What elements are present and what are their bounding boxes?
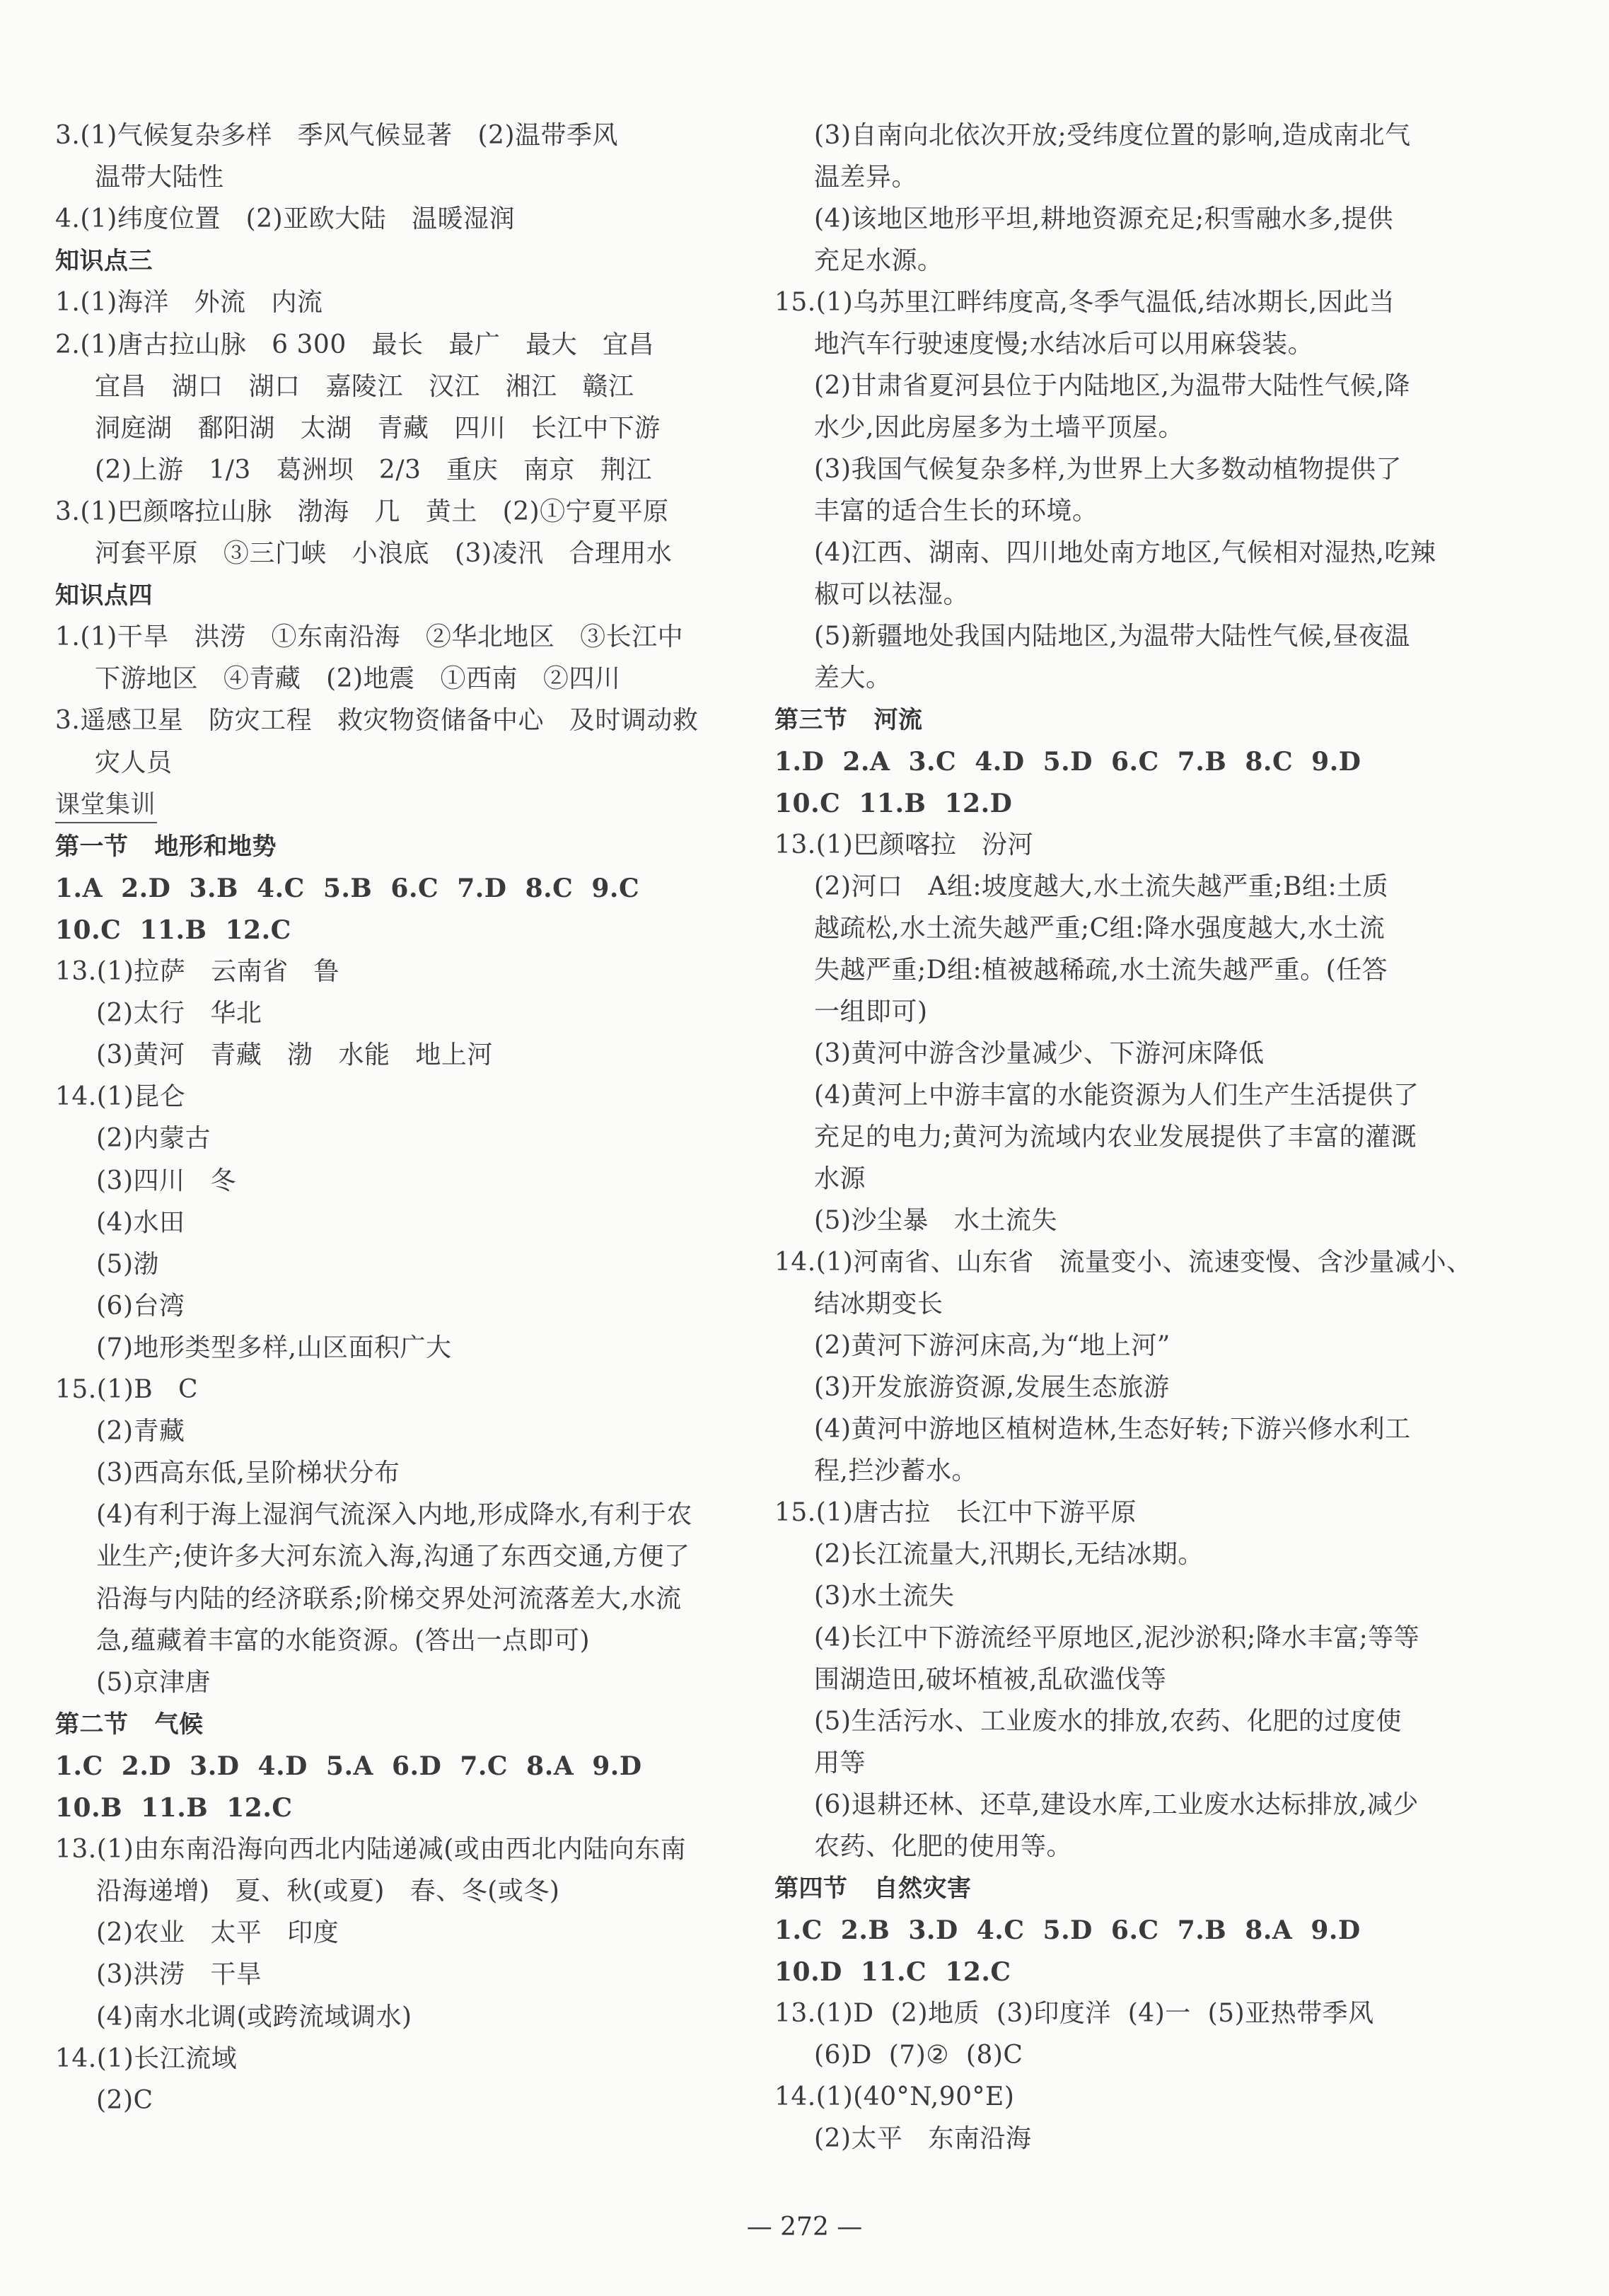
answer-line: 宜昌 湖口 湖口 嘉陵江 汉江 湘江 赣江: [95, 371, 634, 402]
answer-line: (6)退耕还林、还草,建设水库,工业废水达标排放,减少: [814, 1790, 1419, 1821]
answer-line: (3)洪涝 干旱: [96, 1959, 262, 1990]
section-heading: 第一节 地形和地势: [55, 831, 277, 862]
answer-line: 程,拦沙蓄水。: [814, 1456, 977, 1487]
multiple-choice-answers: 1.C 2.D 3.D 4.D 5.A 6.D 7.C 8.A 9.D: [55, 1751, 642, 1782]
answer-line: 13.(1)拉萨 云南省 鲁: [55, 956, 339, 987]
answer-line: (4)长江中下游流经平原地区,泥沙淤积;降水丰富;等等: [814, 1623, 1419, 1654]
answer-line: 3.(1)气候复杂多样 季风气候显著 (2)温带季风: [55, 120, 618, 151]
answer-line: (6)D (7)② (8)C: [814, 2040, 1023, 2071]
answer-line: (4)黄河上中游丰富的水能资源为人们生产生活提供了: [814, 1080, 1419, 1111]
answer-line: 水源: [814, 1164, 866, 1195]
answer-line: 地汽车行驶速度慢;水结冰后可以用麻袋装。: [814, 329, 1313, 360]
answer-line: 15.(1)乌苏里江畔纬度高,冬季气温低,结冰期长,因此当: [774, 287, 1395, 318]
answer-line: 水少,因此房屋多为土墙平顶屋。: [814, 412, 1184, 443]
answer-line: (3)水土流失: [814, 1581, 955, 1612]
answer-line: 灾人员: [95, 748, 173, 779]
answer-line: 3.遥感卫星 防灾工程 救灾物资储备中心 及时调动救: [55, 705, 698, 736]
section-heading: 第四节 自然灾害: [774, 1873, 972, 1904]
answer-line: 15.(1)B C: [55, 1374, 198, 1405]
answer-line: (4)水田: [96, 1207, 185, 1239]
answer-line: 温差异。: [814, 162, 917, 193]
multiple-choice-answers: 1.C 2.B 3.D 4.C 5.D 6.C 7.B 8.A 9.D: [774, 1915, 1361, 1946]
answer-line: (7)地形类型多样,山区面积广大: [96, 1333, 451, 1364]
answer-line: 用等: [814, 1748, 866, 1779]
answer-line: (2)太平 东南沿海: [814, 2123, 1031, 2155]
answer-line: (2)甘肃省夏河县位于内陆地区,为温带大陆性气候,降: [814, 371, 1410, 402]
answer-line: (2)河口 A组:坡度越大,水土流失越严重;B组:土质: [814, 871, 1388, 903]
answer-line: (2)长江流量大,汛期长,无结冰期。: [814, 1539, 1204, 1570]
answer-line: 沿海递增) 夏、秋(或夏) 春、冬(或冬): [96, 1876, 559, 1907]
page-number: — 272 —: [0, 2213, 1609, 2242]
section-banner: 课堂集训: [55, 789, 157, 823]
answer-line: 沿海与内陆的经济联系;阶梯交界处河流落差大,水流: [96, 1584, 682, 1615]
answer-line: (4)有利于海上湿润气流深入内地,形成降水,有利于农: [96, 1500, 692, 1531]
answer-line: 失越严重;D组:植被越稀疏,水土流失越严重。(任答: [814, 955, 1388, 986]
answer-line: 温带大陆性: [95, 162, 224, 193]
multiple-choice-answers: 10.B 11.B 12.C: [55, 1792, 293, 1824]
answer-line: (5)京津唐: [96, 1667, 211, 1698]
answer-line: (3)我国气候复杂多样,为世界上大多数动植物提供了: [814, 454, 1402, 485]
answer-line: 4.(1)纬度位置 (2)亚欧大陆 温暖湿润: [55, 204, 515, 235]
answer-line: (2)黄河下游河床高,为“地上河”: [814, 1330, 1171, 1362]
answer-line: (2)内蒙古: [96, 1123, 211, 1154]
multiple-choice-answers: 1.D 2.A 3.C 4.D 5.D 6.C 7.B 8.C 9.D: [774, 746, 1361, 777]
answer-line: 急,蕴藏着丰富的水能资源。(答出一点即可): [96, 1625, 590, 1657]
answer-line: 农药、化肥的使用等。: [814, 1831, 1072, 1862]
answer-line: (5)沙尘暴 水土流失: [814, 1205, 1057, 1236]
answer-line: (3)四川 冬: [96, 1166, 236, 1197]
answer-line: (4)江西、湖南、四川地处南方地区,气候相对湿热,吃辣: [814, 538, 1436, 569]
answer-line: 差大。: [814, 663, 892, 694]
answer-line: 结冰期变长: [814, 1289, 943, 1320]
answer-line: 围湖造田,破坏植被,乱砍滥伐等: [814, 1664, 1166, 1695]
section-heading: 第二节 气候: [55, 1709, 204, 1740]
answer-line: 洞庭湖 鄱阳湖 太湖 青藏 四川 长江中下游: [95, 413, 661, 444]
answer-line: 13.(1)由东南沿海向西北内陆递减(或由西北内陆向东南: [55, 1834, 686, 1865]
answer-line: 充足水源。: [814, 245, 943, 277]
answer-line: (3)黄河中游含沙量减少、下游河床降低: [814, 1038, 1265, 1069]
answer-line: 3.(1)巴颜喀拉山脉 渤海 几 黄土 (2)①宁夏平原: [55, 497, 669, 528]
answer-line: 13.(1)巴颜喀拉 汾河: [774, 830, 1033, 861]
answer-line: 14.(1)(40°N,90°E): [774, 2082, 1014, 2113]
answer-line: 充足的电力;黄河为流域内农业发展提供了丰富的灌溉: [814, 1122, 1417, 1153]
answer-line: 14.(1)河南省、山东省 流量变小、流速变慢、含沙量减小、: [774, 1247, 1473, 1278]
answer-line: (3)西高东低,呈阶梯状分布: [96, 1458, 400, 1489]
answer-line: 椒可以祛湿。: [814, 579, 969, 610]
answer-line: 15.(1)唐古拉 长江中下游平原: [774, 1497, 1137, 1529]
section-heading: 知识点四: [55, 580, 153, 611]
answer-line: 1.(1)海洋 外流 内流: [55, 287, 323, 318]
answer-line: (5)新疆地处我国内陆地区,为温带大陆性气候,昼夜温: [814, 621, 1410, 652]
answer-line: (2)上游 1/3 葛洲坝 2/3 重庆 南京 荆江: [95, 455, 652, 486]
answer-line: (4)黄河中游地区植树造林,生态好转;下游兴修水利工: [814, 1414, 1411, 1445]
answer-line: 1.(1)干旱 洪涝 ①东南沿海 ②华北地区 ③长江中: [55, 622, 683, 653]
section-heading: 第三节 河流: [774, 705, 923, 736]
answer-line: (6)台湾: [96, 1291, 185, 1322]
answer-line: (2)太行 华北: [96, 998, 262, 1029]
multiple-choice-answers: 1.A 2.D 3.B 4.C 5.B 6.C 7.D 8.C 9.C: [55, 873, 639, 904]
answer-line: 一组即可): [814, 997, 928, 1028]
answer-line: 14.(1)长江流域: [55, 2043, 237, 2075]
answer-line: (2)农业 太平 印度: [96, 1918, 339, 1949]
answer-line: (4)该地区地形平坦,耕地资源充足;积雪融水多,提供: [814, 204, 1393, 235]
answer-line: 业生产;使许多大河东流入海,沟通了东西交通,方便了: [96, 1541, 690, 1572]
section-heading: 知识点三: [55, 245, 153, 277]
answer-line: 河套平原 ③三门峡 小浪底 (3)凌汛 合理用水: [95, 538, 672, 569]
answer-line: (2)C: [96, 2085, 153, 2116]
multiple-choice-answers: 10.C 11.B 12.D: [774, 788, 1012, 819]
answer-line: (4)南水北调(或跨流域调水): [96, 2002, 412, 2033]
answer-line: (5)渤: [96, 1249, 159, 1280]
answer-line: 2.(1)唐古拉山脉 6 300 最长 最广 最大 宜昌: [55, 330, 654, 361]
answer-line: (3)开发旅游资源,发展生态旅游: [814, 1372, 1169, 1403]
answer-line: 13.(1)D (2)地质 (3)印度洋 (4)一 (5)亚热带季风: [774, 1998, 1374, 2029]
answer-line: 14.(1)昆仑: [55, 1082, 185, 1113]
answer-line: 丰富的适合生长的环境。: [814, 496, 1098, 527]
answer-line: 越疏松,水土流失越严重;C组:降水强度越大,水土流: [814, 913, 1385, 944]
answer-line: (2)青藏: [96, 1416, 185, 1447]
multiple-choice-answers: 10.D 11.C 12.C: [774, 1956, 1011, 1988]
answer-line: 下游地区 ④青藏 (2)地震 ①西南 ②四川: [95, 663, 620, 695]
multiple-choice-answers: 10.C 11.B 12.C: [55, 915, 291, 946]
answer-line: (3)黄河 青藏 渤 水能 地上河: [96, 1040, 493, 1071]
answer-line: (3)自南向北依次开放;受纬度位置的影响,造成南北气: [814, 120, 1411, 151]
answer-line: (5)生活污水、工业废水的排放,农药、化肥的过度使: [814, 1706, 1402, 1737]
